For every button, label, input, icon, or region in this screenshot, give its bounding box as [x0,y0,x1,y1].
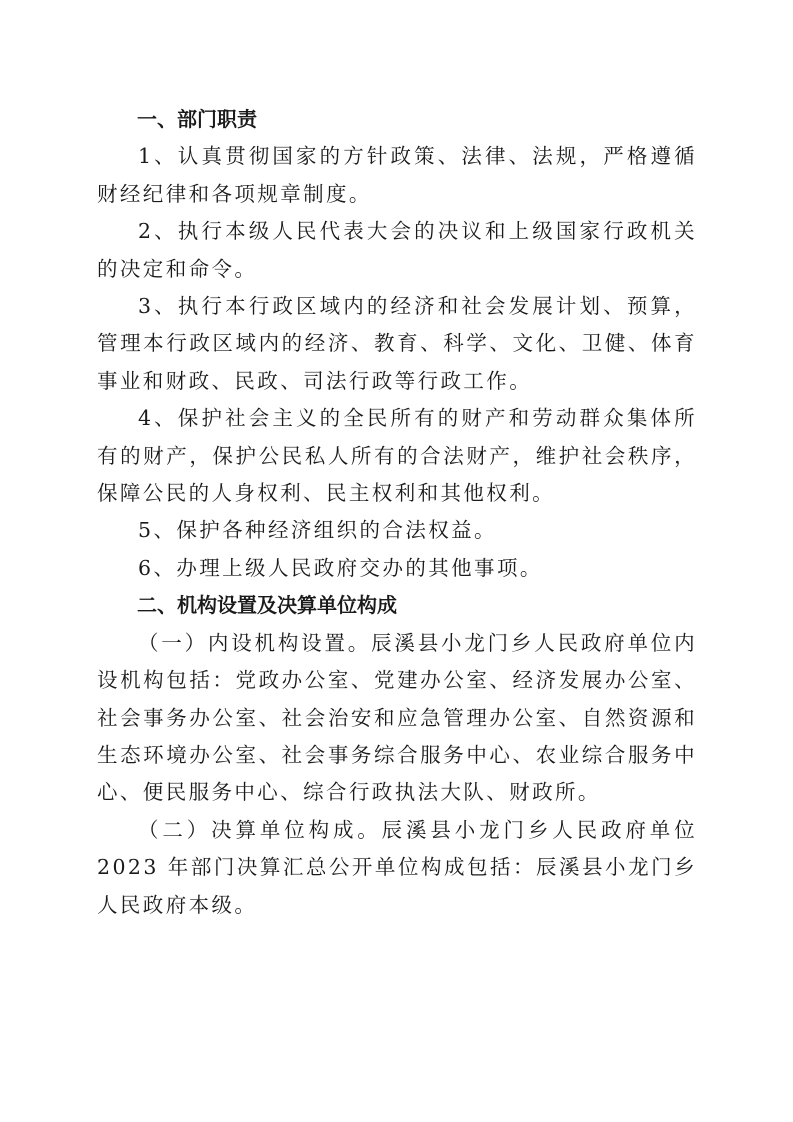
duty-item: 2、执行本级人民代表大会的决议和上级国家行政机关的决定和命令。 [97,213,697,288]
section-department-duties: 一、部门职责 1、认真贯彻国家的方针政策、法律、法规，严格遵循财经纪律和各项规章… [97,101,697,587]
duty-item: 5、保护各种经济组织的合法权益。 [97,512,697,549]
duty-item: 6、办理上级人民政府交办的其他事项。 [97,550,697,587]
org-item-internal-structure: （一）内设机构设置。辰溪县小龙门乡人民政府单位内设机构包括：党政办公室、党建办公… [97,625,697,812]
duty-item: 1、认真贯彻国家的方针政策、法律、法规，严格遵循财经纪律和各项规章制度。 [97,138,697,213]
section-organization: 二、机构设置及决算单位构成 （一）内设机构设置。辰溪县小龙门乡人民政府单位内设机… [97,587,697,924]
org-item-accounting-units: （二）决算单位构成。辰溪县小龙门乡人民政府单位 2023 年部门决算汇总公开单位… [97,812,697,924]
section-heading: 一、部门职责 [97,101,697,138]
document-page: 一、部门职责 1、认真贯彻国家的方针政策、法律、法规，严格遵循财经纪律和各项规章… [97,101,697,924]
section-heading: 二、机构设置及决算单位构成 [97,587,697,624]
duty-item: 3、执行本行政区域内的经济和社会发展计划、预算，管理本行政区域内的经济、教育、科… [97,288,697,400]
duty-item: 4、保护社会主义的全民所有的财产和劳动群众集体所有的财产，保护公民私人所有的合法… [97,400,697,512]
